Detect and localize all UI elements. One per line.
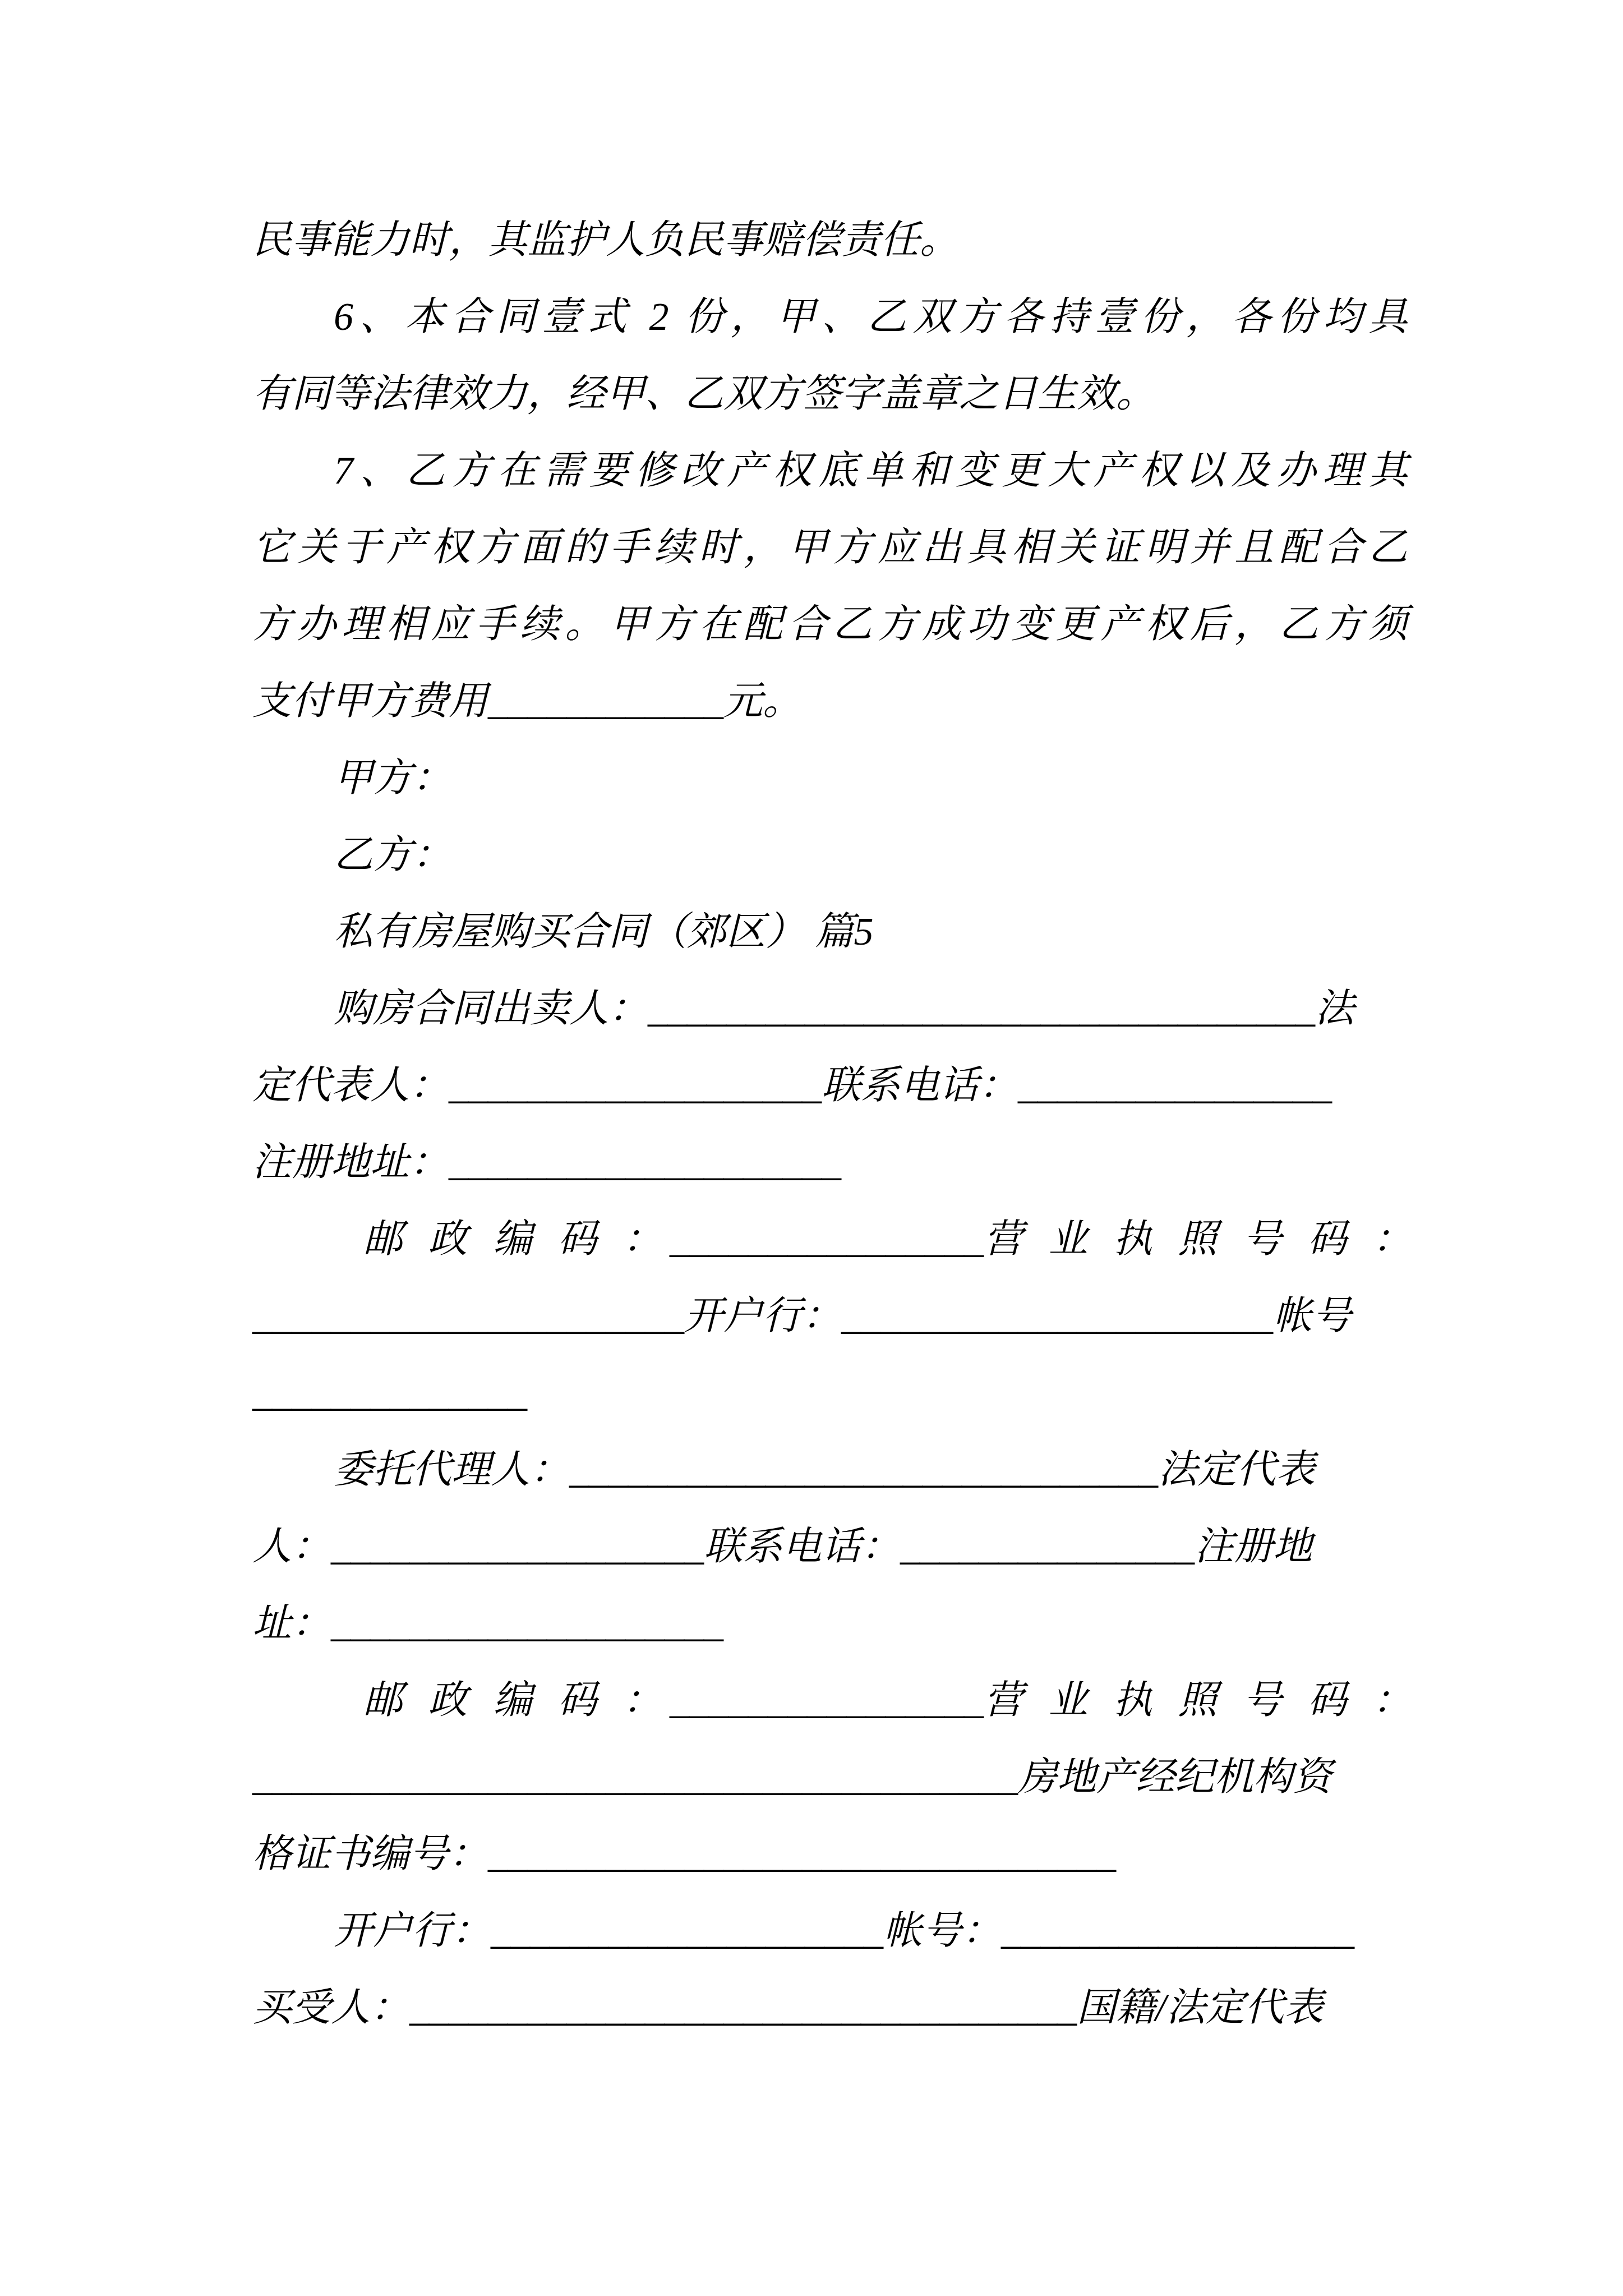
- section-heading: 私有房屋购买合同（郊区） 篇5: [334, 910, 874, 954]
- blank-field: __________________________________: [409, 1986, 1077, 2030]
- blank-field: ________________________________: [488, 1833, 1116, 1876]
- text: 元。: [723, 680, 802, 723]
- blank-field: __________________________________: [648, 987, 1315, 1030]
- text-line-23: 开户行：____________________帐号：_____________…: [252, 1893, 1408, 1970]
- text: 注册地: [1195, 1525, 1312, 1568]
- text-line-15: ______________________开户行：______________…: [252, 1278, 1408, 1355]
- text-line-1: 民事能力时，其监护人负民事赔偿责任。: [252, 202, 1408, 279]
- text-line-11: 购房合同出卖人：________________________________…: [252, 970, 1408, 1047]
- blank-field: ____________________: [331, 1602, 723, 1645]
- field-label: 开户行：: [684, 1295, 841, 1338]
- text-line-20: 邮 政 编 码 ：________________营 业 执 照 号 码 ：: [252, 1662, 1408, 1739]
- blank-field: ______________________________: [569, 1448, 1158, 1492]
- text-line-3: 有同等法律效力，经甲、乙双方签字盖章之日生效。: [252, 356, 1408, 432]
- text: 它关于产权方面的手续时，甲方应出具相关证明并且配合乙: [252, 526, 1408, 569]
- field-label: 开户行：: [334, 1910, 491, 1953]
- text-line-8: 甲方：: [252, 740, 1408, 817]
- text-line-9: 乙方：: [252, 817, 1408, 894]
- blank-field: _______________________________________: [252, 1756, 1018, 1799]
- text-line-18: 人：___________________联系电话：______________…: [252, 1508, 1408, 1585]
- blank-field: ________________: [1018, 1064, 1332, 1107]
- contract-text-block: 民事能力时，其监护人负民事赔偿责任。6、本合同壹式 2 份，甲、乙双方各持壹份，…: [252, 202, 1408, 2046]
- blank-field: ____________: [488, 680, 723, 723]
- text-line-22: 格证书编号：________________________________: [252, 1816, 1408, 1893]
- blank-field: ________________: [670, 1218, 984, 1261]
- field-label: 乙方：: [334, 834, 451, 877]
- field-label: 注册地址：: [252, 1141, 449, 1184]
- blank-field: ____________________: [449, 1141, 841, 1184]
- field-label: 人：: [252, 1525, 331, 1568]
- field-label: 邮 政 编 码 ：: [363, 1218, 670, 1261]
- text: 帐号: [1273, 1295, 1352, 1338]
- field-label: 甲方：: [334, 757, 451, 800]
- text-line-5: 它关于产权方面的手续时，甲方应出具相关证明并且配合乙: [252, 509, 1408, 586]
- text-line-17: 委托代理人：______________________________法定代表: [252, 1432, 1408, 1508]
- field-label: 邮 政 编 码 ：: [363, 1679, 670, 1722]
- field-label: 址：: [252, 1602, 331, 1645]
- document-page: 民事能力时，其监护人负民事赔偿责任。6、本合同壹式 2 份，甲、乙双方各持壹份，…: [0, 0, 1623, 2296]
- text-line-24: 买受人：__________________________________国籍…: [252, 1970, 1408, 2046]
- text-line-2: 6、本合同壹式 2 份，甲、乙双方各持壹份，各份均具: [252, 279, 1408, 356]
- text-line-16: ______________: [252, 1355, 1408, 1432]
- text: 房地产经纪机构资: [1018, 1756, 1332, 1799]
- text: 法定代表: [1158, 1448, 1315, 1492]
- text: 方办理相应手续。甲方在配合乙方成功变更产权后，乙方须: [252, 603, 1408, 646]
- text-line-7: 支付甲方费用____________元。: [252, 663, 1408, 740]
- field-label: 支付甲方费用: [252, 680, 488, 723]
- field-label: 定代表人：: [252, 1064, 449, 1107]
- text-line-13: 注册地址：____________________: [252, 1124, 1408, 1201]
- text-line-12: 定代表人：___________________联系电话：___________…: [252, 1047, 1408, 1124]
- text-line-14: 邮 政 编 码 ：________________营 业 执 照 号 码 ：: [252, 1201, 1408, 1278]
- blank-field: ________________: [670, 1679, 984, 1722]
- text: 法: [1315, 987, 1354, 1030]
- blank-field: ______________________: [252, 1295, 684, 1338]
- field-label: 帐号：: [883, 1910, 1001, 1953]
- blank-field: ____________________: [491, 1910, 883, 1953]
- text: 国籍/法定代表: [1077, 1986, 1323, 2030]
- field-label: 购房合同出卖人：: [334, 987, 648, 1030]
- field-label: 格证书编号：: [252, 1833, 488, 1876]
- text-line-10: 私有房屋购买合同（郊区） 篇5: [252, 894, 1408, 970]
- field-label: 委托代理人：: [334, 1448, 569, 1492]
- text: 6、本合同壹式 2 份，甲、乙双方各持壹份，各份均具: [334, 296, 1408, 339]
- field-label: 营 业 执 照 号 码 ：: [984, 1218, 1419, 1261]
- blank-field: ___________________: [449, 1064, 822, 1107]
- text-line-4: 7、乙方在需要修改产权底单和变更大产权以及办理其: [252, 432, 1408, 509]
- text-line-21: _______________________________________房…: [252, 1739, 1408, 1816]
- field-label: 买受人：: [252, 1986, 409, 2030]
- text: 民事能力时，其监护人负民事赔偿责任。: [252, 219, 959, 262]
- blank-field: ______________________: [841, 1295, 1273, 1338]
- field-label: 联系电话：: [822, 1064, 1018, 1107]
- field-label: 联系电话：: [704, 1525, 900, 1568]
- blank-field: ______________: [252, 1372, 527, 1415]
- blank-field: ___________________: [331, 1525, 704, 1568]
- blank-field: __________________: [1001, 1910, 1354, 1953]
- text: 有同等法律效力，经甲、乙双方签字盖章之日生效。: [252, 372, 1155, 416]
- text-line-19: 址：____________________: [252, 1585, 1408, 1662]
- field-label: 营 业 执 照 号 码 ：: [984, 1679, 1419, 1722]
- text: 7、乙方在需要修改产权底单和变更大产权以及办理其: [334, 449, 1408, 493]
- blank-field: _______________: [900, 1525, 1195, 1568]
- text-line-6: 方办理相应手续。甲方在配合乙方成功变更产权后，乙方须: [252, 586, 1408, 663]
